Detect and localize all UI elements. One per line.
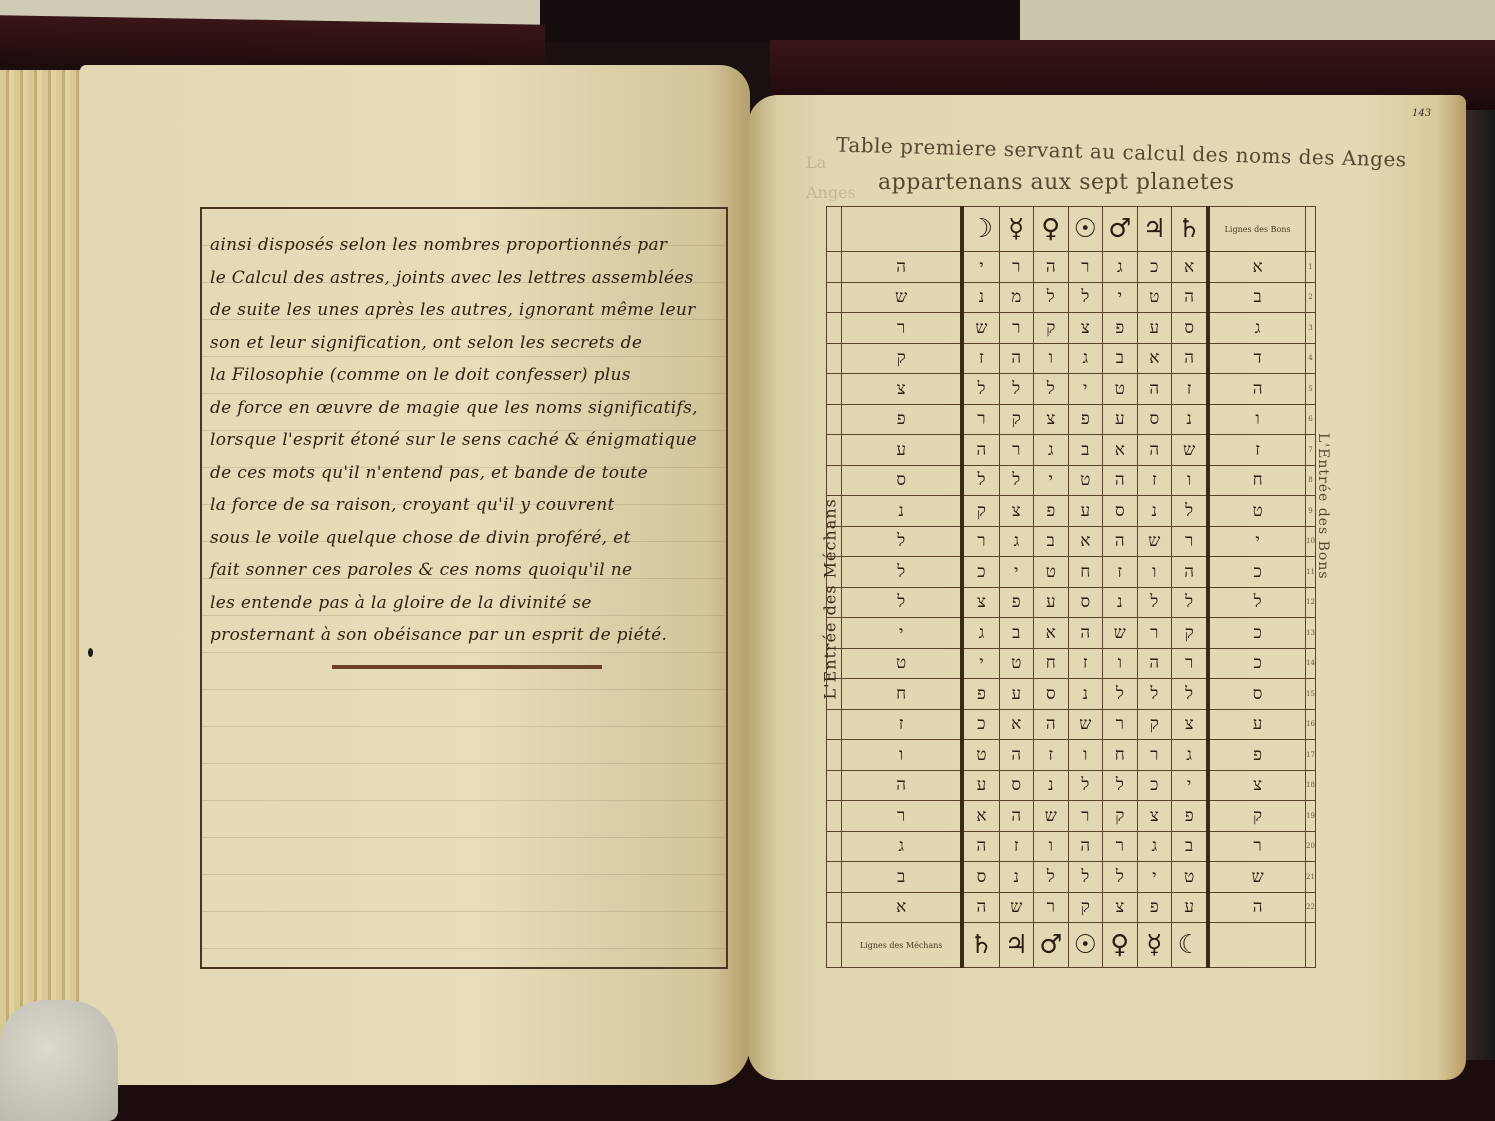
hebrew-letter: ל — [962, 374, 999, 405]
hebrew-letter: י — [1103, 282, 1138, 313]
hebrew-letter: ר — [1068, 252, 1103, 283]
bons-letter: צ — [1208, 770, 1305, 801]
hebrew-letter: ל — [1137, 679, 1172, 710]
hebrew-letter: א — [1137, 343, 1172, 374]
hebrew-letter: ל — [1172, 496, 1209, 527]
hebrew-letter: ב — [1172, 831, 1209, 862]
hebrew-letter: י — [1137, 862, 1172, 893]
bons-letter: ש — [1208, 862, 1305, 893]
hebrew-letter: פ — [1034, 496, 1069, 527]
hebrew-letter: ש — [1103, 618, 1138, 649]
empty-cell — [1208, 923, 1305, 968]
hebrew-letter: ה — [999, 740, 1034, 771]
table-row: סלליטהזוח8 — [827, 465, 1316, 496]
hebrew-letter: ק — [999, 404, 1034, 435]
manuscript-text-frame: ainsi disposés selon les nombres proport… — [200, 207, 728, 969]
hebrew-letter: ס — [1172, 313, 1209, 344]
hebrew-letter: כ — [962, 557, 999, 588]
left-vertical-label: L'Entrée des Méchans — [812, 440, 840, 710]
row-number: 15 — [1306, 679, 1316, 710]
hebrew-letter: י — [999, 557, 1034, 588]
hebrew-letter: נ — [1103, 587, 1138, 618]
manuscript-line: ainsi disposés selon les nombres proport… — [210, 235, 722, 271]
table-row: קזהוגבאהד4 — [827, 343, 1316, 374]
hebrew-letter: ל — [1103, 679, 1138, 710]
mechans-letter: ר — [842, 313, 963, 344]
hebrew-letter: ל — [1172, 587, 1209, 618]
manuscript-line: fait sonner ces paroles & ces noms quoiq… — [210, 560, 722, 596]
planet-symbol-icon: ♄ — [1172, 207, 1209, 252]
mechans-letter: פ — [842, 404, 963, 435]
book-right-edge — [1462, 110, 1495, 1070]
empty-cell — [827, 313, 842, 344]
bons-letter: ז — [1208, 435, 1305, 466]
hebrew-letter: צ — [1103, 892, 1138, 923]
hebrew-letter: י — [962, 252, 999, 283]
hebrew-letter: ס — [962, 862, 999, 893]
hebrew-letter: פ — [962, 679, 999, 710]
bons-letter: ל — [1208, 587, 1305, 618]
empty-cell — [827, 282, 842, 313]
bleed-through-text: La Anges — [806, 148, 856, 208]
planet-symbol-icon: ☉ — [1068, 207, 1103, 252]
empty-cell — [842, 207, 963, 252]
bons-letter: ה — [1208, 374, 1305, 405]
corner-label: Lignes des Bons — [1208, 207, 1305, 252]
hebrew-letter: צ — [1068, 313, 1103, 344]
hebrew-letter: ו — [1103, 648, 1138, 679]
hebrew-letter: ר — [1068, 801, 1103, 832]
page-number: 143 — [1412, 108, 1431, 119]
hebrew-letter: א — [1034, 618, 1069, 649]
hebrew-letter: ה — [962, 831, 999, 862]
table-title-line2: appartenans aux sept planetes — [878, 170, 1235, 195]
hebrew-letter: ט — [999, 648, 1034, 679]
hebrew-letter: א — [1103, 435, 1138, 466]
bons-letter: ד — [1208, 343, 1305, 374]
bons-letter: ג — [1208, 313, 1305, 344]
table-row: הירהרגכאא1 — [827, 252, 1316, 283]
hebrew-letter: נ — [999, 862, 1034, 893]
hebrew-letter: מ — [999, 282, 1034, 313]
planet-symbol-icon: ☽ — [962, 207, 999, 252]
hebrew-letter: צ — [962, 587, 999, 618]
hebrew-letter: פ — [1068, 404, 1103, 435]
hebrew-letter: ל — [962, 465, 999, 496]
hebrew-letter: י — [1068, 374, 1103, 405]
hebrew-letter: נ — [1172, 404, 1209, 435]
hebrew-letter: ק — [1034, 313, 1069, 344]
hebrew-letter: ש — [1137, 526, 1172, 557]
hebrew-letter: ר — [1137, 618, 1172, 649]
hebrew-letter: פ — [999, 587, 1034, 618]
bons-letter: ע — [1208, 709, 1305, 740]
bons-letter: ק — [1208, 801, 1305, 832]
planet-symbol-icon: ☿ — [1137, 923, 1172, 968]
empty-cell — [827, 923, 842, 968]
hebrew-letter: ש — [1068, 709, 1103, 740]
table-row: גהזוהרגבר20 — [827, 831, 1316, 862]
hebrew-letter: כ — [1137, 252, 1172, 283]
hebrew-letter: ג — [1034, 435, 1069, 466]
hebrew-letter: ה — [1103, 465, 1138, 496]
row-number: 17 — [1306, 740, 1316, 771]
table-row: עהרגבאהשז7 — [827, 435, 1316, 466]
hebrew-letter: ר — [999, 252, 1034, 283]
hebrew-letter: ו — [1034, 343, 1069, 374]
background-table-top-right — [1020, 0, 1495, 40]
mechans-letter: ה — [842, 770, 963, 801]
hebrew-letter: ע — [1068, 496, 1103, 527]
hebrew-letter: ה — [1137, 648, 1172, 679]
hebrew-letter: ר — [962, 404, 999, 435]
hebrew-letter: ז — [1172, 374, 1209, 405]
hebrew-letter: ה — [1034, 709, 1069, 740]
hebrew-letter: ט — [1068, 465, 1103, 496]
hebrew-letter: ז — [962, 343, 999, 374]
hebrew-letter: ה — [1034, 252, 1069, 283]
closing-rule — [332, 665, 602, 669]
planet-symbol-icon: ♃ — [1137, 207, 1172, 252]
hebrew-letter: ק — [1068, 892, 1103, 923]
table-row: שנמלליטהב2 — [827, 282, 1316, 313]
hebrew-letter: ה — [962, 435, 999, 466]
hebrew-letter: ל — [1034, 282, 1069, 313]
hebrew-letter: ס — [1034, 679, 1069, 710]
mechans-letter: נ — [842, 496, 963, 527]
hebrew-letter: ט — [1137, 282, 1172, 313]
hebrew-letter: נ — [1068, 679, 1103, 710]
hebrew-letter: ל — [999, 374, 1034, 405]
ink-spot — [88, 648, 93, 657]
hebrew-letter: ה — [1172, 557, 1209, 588]
hebrew-letter: א — [999, 709, 1034, 740]
hebrew-letter: ע — [1034, 587, 1069, 618]
hebrew-letter: ה — [999, 343, 1034, 374]
table-row: לכיטחזוהכ11 — [827, 557, 1316, 588]
white-glove-finger — [0, 1000, 118, 1121]
hebrew-letter: צ — [1137, 801, 1172, 832]
table-row: וטהזוחרגפ17 — [827, 740, 1316, 771]
manuscript-line: de suite les unes après les autres, igno… — [210, 300, 722, 336]
row-number: 22 — [1306, 892, 1316, 923]
empty-cell — [1306, 923, 1316, 968]
mechans-letter: ע — [842, 435, 963, 466]
hebrew-letter: ה — [1137, 374, 1172, 405]
empty-cell — [827, 770, 842, 801]
hebrew-letter: ג — [999, 526, 1034, 557]
mechans-letter: ג — [842, 831, 963, 862]
row-number: 19 — [1306, 801, 1316, 832]
mechans-letter: ה — [842, 252, 963, 283]
mechans-letter: ח — [842, 679, 963, 710]
hebrew-letter: פ — [1103, 313, 1138, 344]
corner-label: Lignes des Méchans — [842, 923, 963, 968]
planet-symbol-icon: ♄ — [962, 923, 999, 968]
hebrew-letter: ג — [1137, 831, 1172, 862]
hebrew-letter: ז — [1103, 557, 1138, 588]
hebrew-letter: ק — [1103, 801, 1138, 832]
row-number: 4 — [1306, 343, 1316, 374]
empty-cell — [827, 831, 842, 862]
table-row: פרקצפעסנו6 — [827, 404, 1316, 435]
empty-cell — [827, 252, 842, 283]
hebrew-letter: ט — [1103, 374, 1138, 405]
manuscript-line: lorsque l'esprit étoné sur le sens caché… — [210, 430, 722, 466]
hebrew-letter: ל — [1068, 770, 1103, 801]
hebrew-letter: י — [1172, 770, 1209, 801]
bons-letter: ס — [1208, 679, 1305, 710]
hebrew-letter: ה — [1103, 526, 1138, 557]
hebrew-letter: צ — [999, 496, 1034, 527]
empty-cell — [827, 343, 842, 374]
table-row: אהשרקצפעה22 — [827, 892, 1316, 923]
hebrew-letter: ל — [1172, 679, 1209, 710]
empty-cell — [827, 374, 842, 405]
manuscript-line: de force en œuvre de magie que les noms … — [210, 398, 722, 434]
bons-letter: פ — [1208, 740, 1305, 771]
hebrew-letter: א — [962, 801, 999, 832]
mechans-letter: י — [842, 618, 963, 649]
mechans-letter: ז — [842, 709, 963, 740]
planet-symbol-icon: ☾ — [1172, 923, 1209, 968]
bons-letter: ו — [1208, 404, 1305, 435]
hebrew-letter: ה — [1172, 282, 1209, 313]
row-number: 14 — [1306, 648, 1316, 679]
hebrew-letter: ר — [999, 435, 1034, 466]
row-number: 21 — [1306, 862, 1316, 893]
bons-letter: ב — [1208, 282, 1305, 313]
planet-symbol-icon: ☿ — [999, 207, 1034, 252]
table-row: לצפעסנללל12 — [827, 587, 1316, 618]
hebrew-letter: ס — [999, 770, 1034, 801]
manuscript-line: la Filosophie (comme on le doit confesse… — [210, 365, 722, 401]
hebrew-letter: ב — [1103, 343, 1138, 374]
empty-cell — [827, 740, 842, 771]
hebrew-letter: ט — [1034, 557, 1069, 588]
hebrew-letter: ו — [1034, 831, 1069, 862]
mechans-letter: ס — [842, 465, 963, 496]
manuscript-line: son et leur signification, ont selon les… — [210, 333, 722, 369]
table-row: ראהשרקצפק19 — [827, 801, 1316, 832]
hebrew-letter: י — [1034, 465, 1069, 496]
row-number: 18 — [1306, 770, 1316, 801]
bons-letter: א — [1208, 252, 1305, 283]
mechans-letter: ל — [842, 587, 963, 618]
row-number: 20 — [1306, 831, 1316, 862]
hebrew-letter: ח — [1068, 557, 1103, 588]
bons-letter: ר — [1208, 831, 1305, 862]
empty-cell — [827, 801, 842, 832]
table-row: חפעסנלללס15 — [827, 679, 1316, 710]
hebrew-letter: כ — [962, 709, 999, 740]
hebrew-letter: א — [1068, 526, 1103, 557]
planet-symbol-icon: ♀ — [1034, 207, 1069, 252]
hebrew-letter: ע — [999, 679, 1034, 710]
empty-cell — [1306, 207, 1316, 252]
bons-letter: כ — [1208, 618, 1305, 649]
hebrew-letter: ה — [1172, 343, 1209, 374]
hebrew-letter: ג — [962, 618, 999, 649]
hebrew-letter: ל — [999, 465, 1034, 496]
hebrew-letter: ג — [1172, 740, 1209, 771]
hebrew-letter: ב — [1068, 435, 1103, 466]
empty-cell — [827, 207, 842, 252]
hebrew-letter: ע — [1172, 892, 1209, 923]
mechans-letter: ל — [842, 526, 963, 557]
hebrew-letter: ה — [962, 892, 999, 923]
hebrew-letter: ס — [1103, 496, 1138, 527]
mechans-letter: ש — [842, 282, 963, 313]
planet-symbol-icon: ♂ — [1103, 207, 1138, 252]
mechans-letter: ק — [842, 343, 963, 374]
mechans-letter: ו — [842, 740, 963, 771]
hebrew-letter: ז — [1068, 648, 1103, 679]
hebrew-letter: צ — [1034, 404, 1069, 435]
hebrew-letter: ק — [1137, 709, 1172, 740]
planet-symbol-icon: ♃ — [999, 923, 1034, 968]
page-stack-left — [0, 70, 90, 1080]
hebrew-letter: ל — [1137, 587, 1172, 618]
row-number: 5 — [1306, 374, 1316, 405]
planet-footer-row: Lignes des Méchans♄♃♂☉♀☿☾ — [827, 923, 1316, 968]
hebrew-letter: ר — [1137, 740, 1172, 771]
manuscript-line: sous le voile quelque chose de divin pro… — [210, 528, 722, 564]
hebrew-letter: ה — [1137, 435, 1172, 466]
bons-letter: ה — [1208, 892, 1305, 923]
hebrew-letter: ח — [1103, 740, 1138, 771]
hebrew-letter: ש — [962, 313, 999, 344]
hebrew-letter: ו — [1172, 465, 1209, 496]
hebrew-letter: ט — [962, 740, 999, 771]
hebrew-letter: ל — [1034, 374, 1069, 405]
hebrew-letter: ב — [1034, 526, 1069, 557]
empty-cell — [827, 892, 842, 923]
bons-letter: י — [1208, 526, 1305, 557]
manuscript-line: le Calcul des astres, joints avec les le… — [210, 268, 722, 304]
row-number: 3 — [1306, 313, 1316, 344]
planet-symbol-icon: ♂ — [1034, 923, 1069, 968]
hebrew-letter: ר — [1103, 709, 1138, 740]
hebrew-letter: ז — [1137, 465, 1172, 496]
hebrew-letter: נ — [1034, 770, 1069, 801]
table-row: יגבאהשרקכ13 — [827, 618, 1316, 649]
hebrew-letter: ל — [1068, 282, 1103, 313]
table-row: העסנללכיצ18 — [827, 770, 1316, 801]
bons-letter: כ — [1208, 557, 1305, 588]
planet-symbol-icon: ☉ — [1068, 923, 1103, 968]
planet-letter-grid: ☽☿♀☉♂♃♄Lignes des Bonsהירהרגכאא1שנמלליטה… — [826, 206, 1316, 968]
hebrew-letter: פ — [1137, 892, 1172, 923]
background-dark-gap — [540, 0, 1020, 42]
hebrew-letter: ע — [962, 770, 999, 801]
mechans-letter: ל — [842, 557, 963, 588]
row-number: 2 — [1306, 282, 1316, 313]
hebrew-letter: ל — [1103, 770, 1138, 801]
hebrew-letter: כ — [1137, 770, 1172, 801]
bons-letter: ח — [1208, 465, 1305, 496]
mechans-letter: ר — [842, 801, 963, 832]
table-row: טיטחזוהרכ14 — [827, 648, 1316, 679]
mechans-letter: א — [842, 892, 963, 923]
hebrew-letter: א — [1172, 252, 1209, 283]
hebrew-letter: ר — [1103, 831, 1138, 862]
hebrew-letter: ר — [962, 526, 999, 557]
table-row: צללליטהזה5 — [827, 374, 1316, 405]
planet-header-row: ☽☿♀☉♂♃♄Lignes des Bons — [827, 207, 1316, 252]
hebrew-letter: ר — [999, 313, 1034, 344]
hebrew-letter: ג — [1103, 252, 1138, 283]
mechans-letter: צ — [842, 374, 963, 405]
row-number: 16 — [1306, 709, 1316, 740]
hebrew-letter: ל — [1103, 862, 1138, 893]
empty-cell — [827, 404, 842, 435]
hebrew-letter: ה — [999, 801, 1034, 832]
hebrew-letter: ג — [1068, 343, 1103, 374]
manuscript-line: les entende pas à la gloire de la divini… — [210, 593, 722, 629]
hebrew-letter: ר — [1172, 648, 1209, 679]
table-row: לרגבאהשרי10 — [827, 526, 1316, 557]
table-row: נקצפעסנלט9 — [827, 496, 1316, 527]
hebrew-letter: ו — [1137, 557, 1172, 588]
hebrew-letter: ס — [1137, 404, 1172, 435]
hebrew-letter: ק — [962, 496, 999, 527]
hebrew-letter: ל — [1068, 862, 1103, 893]
hebrew-letter: פ — [1172, 801, 1209, 832]
mechans-letter: ט — [842, 648, 963, 679]
table-row: בסנללליטש21 — [827, 862, 1316, 893]
hebrew-letter: ז — [1034, 740, 1069, 771]
hebrew-letter: ב — [999, 618, 1034, 649]
row-number: 1 — [1306, 252, 1316, 283]
hebrew-letter: ה — [1068, 618, 1103, 649]
hebrew-letter: ל — [1034, 862, 1069, 893]
hebrew-letter: ה — [1068, 831, 1103, 862]
hebrew-letter: נ — [1137, 496, 1172, 527]
empty-cell — [827, 862, 842, 893]
hebrew-letter: ע — [1137, 313, 1172, 344]
empty-cell — [827, 709, 842, 740]
angel-names-table: ☽☿♀☉♂♃♄Lignes des Bonsהירהרגכאא1שנמלליטה… — [826, 206, 1316, 968]
manuscript-line: la force de sa raison, croyant qu'il y c… — [210, 495, 722, 531]
hebrew-letter: ש — [999, 892, 1034, 923]
hebrew-letter: ש — [1034, 801, 1069, 832]
hebrew-letter: ז — [999, 831, 1034, 862]
table-row: זכאהשרקצע16 — [827, 709, 1316, 740]
hebrew-letter: ח — [1034, 648, 1069, 679]
table-row: רשרקצפעסג3 — [827, 313, 1316, 344]
planet-symbol-icon: ♀ — [1103, 923, 1138, 968]
hebrew-letter: ס — [1068, 587, 1103, 618]
hebrew-letter: ק — [1172, 618, 1209, 649]
manuscript-line: prosternant à son obéisance par un espri… — [210, 625, 722, 661]
hebrew-letter: ר — [1034, 892, 1069, 923]
manuscript-line: de ces mots qu'il n'entend pas, et bande… — [210, 463, 722, 499]
hebrew-letter: י — [962, 648, 999, 679]
hebrew-letter: נ — [962, 282, 999, 313]
bons-letter: ט — [1208, 496, 1305, 527]
hebrew-letter: ט — [1172, 862, 1209, 893]
hebrew-letter: ר — [1172, 526, 1209, 557]
right-vertical-label: L'Entrée des Bons — [1308, 430, 1334, 650]
mechans-letter: ב — [842, 862, 963, 893]
bons-letter: כ — [1208, 648, 1305, 679]
hebrew-letter: ו — [1068, 740, 1103, 771]
hebrew-letter: ע — [1103, 404, 1138, 435]
hebrew-letter: צ — [1172, 709, 1209, 740]
hebrew-letter: ש — [1172, 435, 1209, 466]
